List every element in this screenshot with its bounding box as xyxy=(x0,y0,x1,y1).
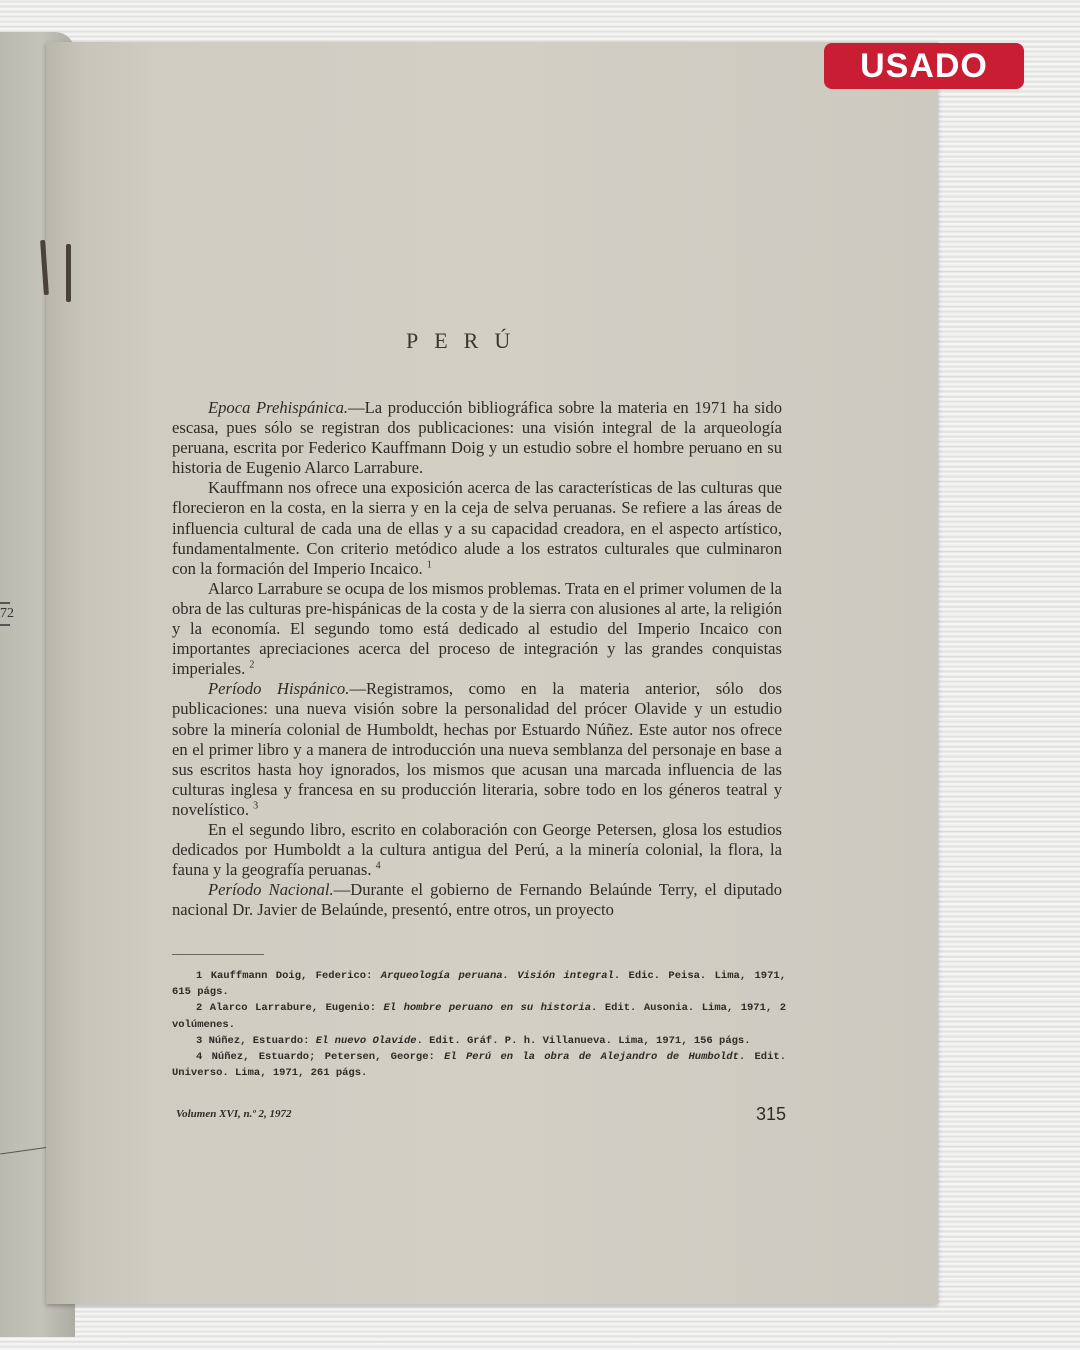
footnote-author: Alarco Larrabure, Eugenio: xyxy=(210,1002,384,1014)
condition-badge: USADO xyxy=(824,43,1024,89)
footnote-author: Núñez, Estuardo; Petersen, George: xyxy=(212,1051,444,1063)
paragraph-text: —Registramos, como en la materia anterio… xyxy=(172,679,782,819)
footnote: 2 Alarco Larrabure, Eugenio: El hombre p… xyxy=(172,1000,786,1032)
footnote-ref: 4 xyxy=(376,861,381,872)
staple-icon xyxy=(66,244,71,302)
section-lead: Período Hispánico. xyxy=(208,679,349,698)
footnote-details: . Edit. Gráf. P. h. Villanueva. Lima, 19… xyxy=(417,1035,751,1047)
footnote-ref: 3 xyxy=(253,800,258,811)
footnote: 3 Núñez, Estuardo: El nuevo Olavide. Edi… xyxy=(172,1033,786,1049)
paragraph-text: En el segundo libro, escrito en colabora… xyxy=(172,820,782,879)
paragraph: En el segundo libro, escrito en colabora… xyxy=(172,820,782,880)
page-number: 315 xyxy=(756,1104,786,1125)
footnote-title: Arqueología peruana. Visión integral xyxy=(381,970,614,982)
paragraph-text: Kauffmann nos ofrece una exposición acer… xyxy=(172,478,782,577)
footnote-divider xyxy=(172,954,264,955)
footnote: 4 Núñez, Estuardo; Petersen, George: El … xyxy=(172,1049,786,1081)
footnote-title: El hombre peruano en su historia xyxy=(383,1002,591,1014)
footnote-number: 3 xyxy=(196,1035,202,1047)
footnote-number: 4 xyxy=(196,1051,202,1063)
footnote-number: 2 xyxy=(196,1002,202,1014)
page-title: PERÚ xyxy=(406,328,526,354)
paragraph: Período Hispánico.—Registramos, como en … xyxy=(172,679,782,820)
footnotes: 1 Kauffmann Doig, Federico: Arqueología … xyxy=(172,968,786,1081)
body-text: Epoca Prehispánica.—La producción biblio… xyxy=(172,398,782,920)
paragraph-text: Alarco Larrabure se ocupa de los mismos … xyxy=(172,579,782,678)
footnote-number: 1 xyxy=(196,970,202,982)
left-page-number: 72 xyxy=(0,600,14,628)
footnote-title: El nuevo Olavide xyxy=(316,1035,417,1047)
footnote-author: Kauffmann Doig, Federico: xyxy=(211,970,381,982)
left-page-number-text: 72 xyxy=(0,606,14,621)
volume-info: Volumen XVI, n.º 2, 1972 xyxy=(176,1108,291,1120)
footnote-title: El Perú en la obra de Alejandro de Humbo… xyxy=(444,1051,739,1063)
footnote: 1 Kauffmann Doig, Federico: Arqueología … xyxy=(172,968,786,1000)
section-lead: Epoca Prehispánica. xyxy=(208,398,348,417)
section-lead: Período Nacional. xyxy=(208,880,334,899)
footnote-ref: 2 xyxy=(249,660,254,671)
paragraph: Kauffmann nos ofrece una exposición acer… xyxy=(172,478,782,578)
footnote-ref: 1 xyxy=(427,559,432,570)
paragraph: Epoca Prehispánica.—La producción biblio… xyxy=(172,398,782,478)
footnote-author: Núñez, Estuardo: xyxy=(209,1035,316,1047)
paragraph: Alarco Larrabure se ocupa de los mismos … xyxy=(172,579,782,679)
paragraph: Período Nacional.—Durante el gobierno de… xyxy=(172,880,782,920)
document-page: PERÚ Epoca Prehispánica.—La producción b… xyxy=(46,42,938,1304)
